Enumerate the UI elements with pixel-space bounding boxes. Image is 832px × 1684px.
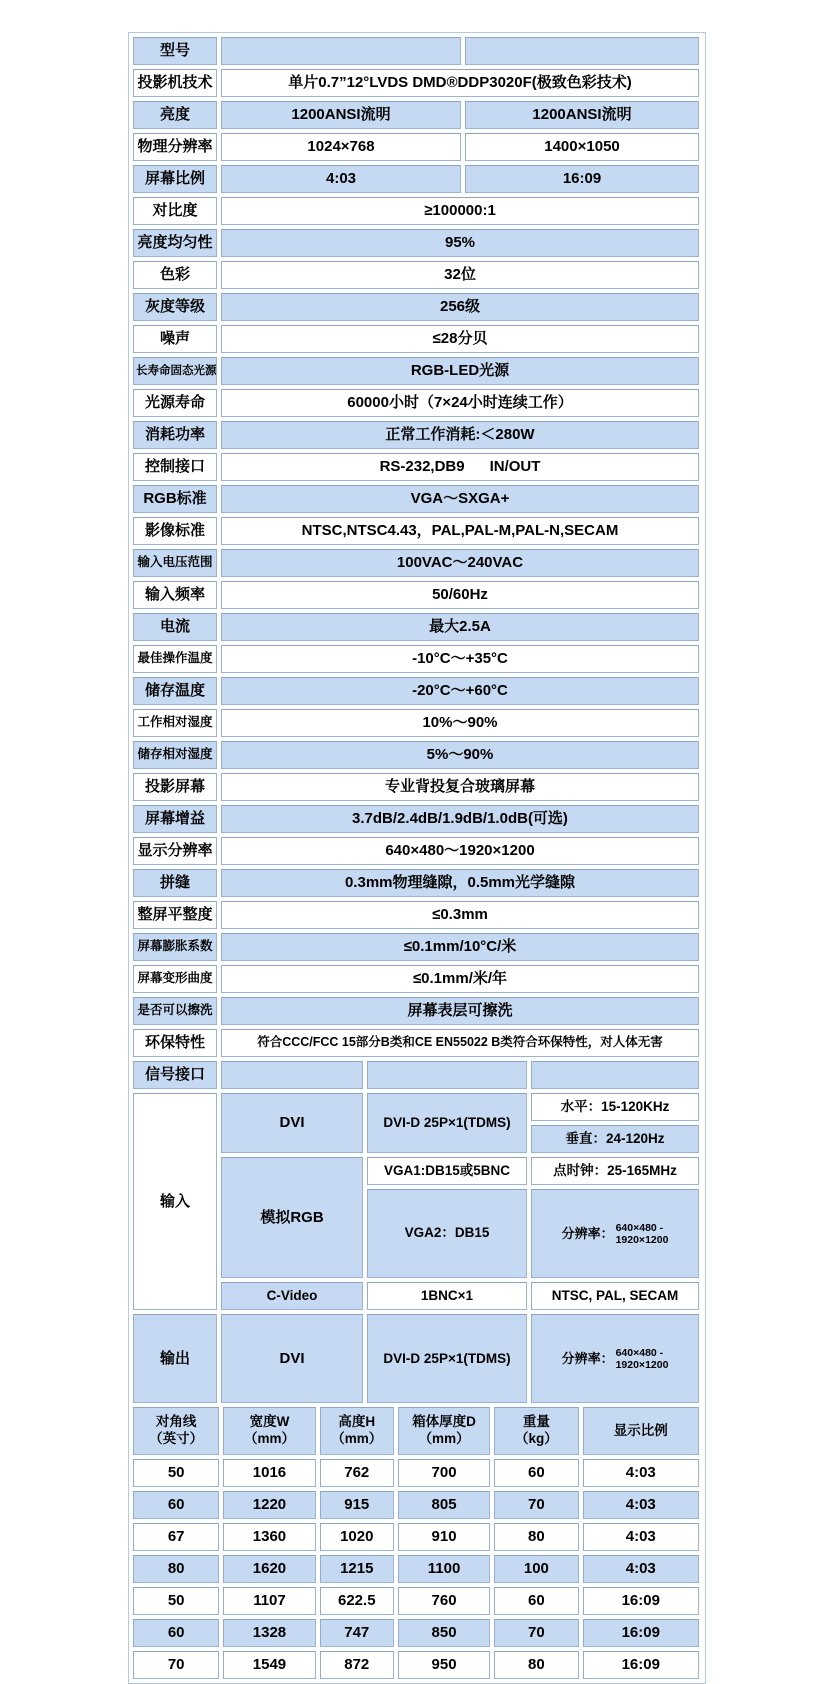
table-row: VGA2：DB15 分辨率： 640×480 -1920×1200 (133, 1189, 699, 1278)
spec-value: 1024×768 (221, 133, 461, 161)
dimension-cell: 1107 (223, 1587, 315, 1615)
dimension-cell: 1016 (223, 1459, 315, 1487)
dimension-cell: 60 (494, 1459, 578, 1487)
spec-label: 屏幕增益 (133, 805, 217, 833)
table-row: 环保特性符合CCC/FCC 15部分B类和CE EN55022 B类符合环保特性… (133, 1029, 699, 1057)
spec-label: 输入频率 (133, 581, 217, 609)
signal-table: 信号接口 输入 DVI DVI-D 25P×1(TDMS) 水平：15-120K… (129, 1057, 703, 1407)
table-row: 601220915805704:03 (133, 1491, 699, 1519)
resolution-line2: 1920×1200 (616, 1234, 669, 1246)
spec-value: 4:03 (221, 165, 461, 193)
dimension-cell: 80 (133, 1555, 219, 1583)
page: { "colors": { "cell_blue": "#c5daf2", "c… (0, 0, 832, 1510)
dimension-cell: 16:09 (583, 1619, 699, 1647)
dimension-cell: 1020 (320, 1523, 394, 1551)
spec-value: 符合CCC/FCC 15部分B类和CE EN55022 B类符合环保特性，对人体… (221, 1029, 699, 1057)
table-row: 投影机技术单片0.7”12°LVDS DMD®DDP3020F(极致色彩技术) (133, 69, 699, 97)
spec-label: 投影机技术 (133, 69, 217, 97)
spec-label: 对比度 (133, 197, 217, 225)
dimension-cell: 50 (133, 1587, 219, 1615)
spec-label: 拼缝 (133, 869, 217, 897)
empty-cell (367, 1061, 527, 1089)
dimension-cell: 16:09 (583, 1587, 699, 1615)
table-row: 工作相对湿度10%～90% (133, 709, 699, 737)
spec-label: 输入电压范围 (133, 549, 217, 577)
dimension-cell: 915 (320, 1491, 394, 1519)
dimension-cell: 760 (398, 1587, 490, 1615)
spec-label: 影像标准 (133, 517, 217, 545)
table-header-row: 对角线（英寸）宽度W（mm）高度H（mm）箱体厚度D（mm）重量（kg）显示比例 (133, 1407, 699, 1455)
signal-section-label: 信号接口 (133, 1061, 217, 1089)
table-row: 501107622.57606016:09 (133, 1587, 699, 1615)
spec-value: -10°C～+35°C (221, 645, 699, 673)
spec-label: 色彩 (133, 261, 217, 289)
input-cvideo-connector: 1BNC×1 (367, 1282, 527, 1310)
table-row: 是否可以擦洗屏幕表层可擦洗 (133, 997, 699, 1025)
table-row: 801620121511001004:03 (133, 1555, 699, 1583)
spec-value: ≥100000:1 (221, 197, 699, 225)
spec-value: 60000小时（7×24小时连续工作） (221, 389, 699, 417)
dimension-cell: 762 (320, 1459, 394, 1487)
spec-label: 屏幕比例 (133, 165, 217, 193)
dimension-cell: 70 (494, 1619, 578, 1647)
dimension-cell: 805 (398, 1491, 490, 1519)
spec-value (221, 37, 461, 65)
spec-label: 亮度均匀性 (133, 229, 217, 257)
output-section-label: 输出 (133, 1314, 217, 1403)
spec-label: RGB标准 (133, 485, 217, 513)
dimension-column-header: 高度H（mm） (320, 1407, 394, 1455)
input-dvi-vertical: 垂直：24-120Hz (531, 1125, 699, 1153)
spec-value: 0.3mm物理缝隙，0.5mm光学缝隙 (221, 869, 699, 897)
table-row: 501016762700604:03 (133, 1459, 699, 1487)
table-row: 储存相对湿度5%～90% (133, 741, 699, 769)
spec-label: 噪声 (133, 325, 217, 353)
dimension-cell: 60 (494, 1587, 578, 1615)
spec-value: 正常工作消耗:＜280W (221, 421, 699, 449)
spec-value: 50/60Hz (221, 581, 699, 609)
dimension-cell: 16:09 (583, 1651, 699, 1679)
spec-value: VGA～SXGA+ (221, 485, 699, 513)
spec-value: 95% (221, 229, 699, 257)
header-line1: 高度H (338, 1414, 375, 1429)
input-rgb-resolution: 分辨率： 640×480 -1920×1200 (531, 1189, 699, 1278)
dimension-cell: 1100 (398, 1555, 490, 1583)
spec-value: 1400×1050 (465, 133, 699, 161)
dimension-cell: 70 (494, 1491, 578, 1519)
spec-value: ≤0.1mm/10°C/米 (221, 933, 699, 961)
output-dvi-connector: DVI-D 25P×1(TDMS) (367, 1314, 527, 1403)
table-row: 输入频率50/60Hz (133, 581, 699, 609)
input-section-label: 输入 (133, 1093, 217, 1310)
spec-label: 最佳操作温度 (133, 645, 217, 673)
table-row: 消耗功率正常工作消耗:＜280W (133, 421, 699, 449)
table-row: 模拟RGB VGA1:DB15或5BNC 点时钟：25-165MHz (133, 1157, 699, 1185)
input-dvi-label: DVI (221, 1093, 363, 1153)
output-dvi-label: DVI (221, 1314, 363, 1403)
spec-value: 16:09 (465, 165, 699, 193)
spec-value: RS-232,DB9 IN/OUT (221, 453, 699, 481)
dimension-column-header: 对角线（英寸） (133, 1407, 219, 1455)
input-dvi-connector: DVI-D 25P×1(TDMS) (367, 1093, 527, 1153)
spec-value: 单片0.7”12°LVDS DMD®DDP3020F(极致色彩技术) (221, 69, 699, 97)
spec-value: ≤0.3mm (221, 901, 699, 929)
dimension-column-header: 箱体厚度D（mm） (398, 1407, 490, 1455)
spec-sheet: 型号投影机技术单片0.7”12°LVDS DMD®DDP3020F(极致色彩技术… (128, 32, 706, 1684)
table-row: 控制接口RS-232,DB9 IN/OUT (133, 453, 699, 481)
table-row: 显示分辨率640×480～1920×1200 (133, 837, 699, 865)
resolution-line1: 640×480 - (616, 1347, 664, 1359)
table-row: 亮度均匀性95% (133, 229, 699, 257)
table-row: 电流最大2.5A (133, 613, 699, 641)
spec-label: 显示分辨率 (133, 837, 217, 865)
spec-value: NTSC,NTSC4.43，PAL,PAL-M,PAL-N,SECAM (221, 517, 699, 545)
table-row: 输入电压范围100VAC～240VAC (133, 549, 699, 577)
table-row: 屏幕膨胀系数≤0.1mm/10°C/米 (133, 933, 699, 961)
header-line1: 箱体厚度D (412, 1414, 476, 1429)
table-row: 长寿命固态光源RGB-LED光源 (133, 357, 699, 385)
table-row: 输入 DVI DVI-D 25P×1(TDMS) 水平：15-120KHz (133, 1093, 699, 1121)
dimension-cell: 80 (494, 1523, 578, 1551)
dimension-cell: 4:03 (583, 1523, 699, 1551)
spec-value: 640×480～1920×1200 (221, 837, 699, 865)
table-row: 输出 DVI DVI-D 25P×1(TDMS) 分辨率： 640×480 -1… (133, 1314, 699, 1403)
spec-label: 长寿命固态光源 (133, 357, 217, 385)
spec-value: ≤28分贝 (221, 325, 699, 353)
table-row: 7015498729508016:09 (133, 1651, 699, 1679)
dimension-cell: 60 (133, 1619, 219, 1647)
spec-value: RGB-LED光源 (221, 357, 699, 385)
spec-label: 工作相对湿度 (133, 709, 217, 737)
spec-value: 100VAC～240VAC (221, 549, 699, 577)
dimension-table: 对角线（英寸）宽度W（mm）高度H（mm）箱体厚度D（mm）重量（kg）显示比例… (129, 1403, 703, 1683)
dimension-cell: 1549 (223, 1651, 315, 1679)
spec-label: 投影屏幕 (133, 773, 217, 801)
spec-label: 型号 (133, 37, 217, 65)
table-row: RGB标准VGA～SXGA+ (133, 485, 699, 513)
resolution-range: 640×480 -1920×1200 (616, 1347, 669, 1371)
table-row: 屏幕增益3.7dB/2.4dB/1.9dB/1.0dB(可选) (133, 805, 699, 833)
table-row: 6713601020910804:03 (133, 1523, 699, 1551)
header-line1: 宽度W (250, 1414, 290, 1429)
dimension-column-header: 宽度W（mm） (223, 1407, 315, 1455)
spec-value: 1200ANSI流明 (221, 101, 461, 129)
spec-label: 整屏平整度 (133, 901, 217, 929)
table-row: 信号接口 (133, 1061, 699, 1089)
empty-cell (531, 1061, 699, 1089)
spec-label: 光源寿命 (133, 389, 217, 417)
dimension-cell: 4:03 (583, 1491, 699, 1519)
dimension-cell: 950 (398, 1651, 490, 1679)
dimension-cell: 1215 (320, 1555, 394, 1583)
spec-value: 256级 (221, 293, 699, 321)
table-row: 屏幕比例4:0316:09 (133, 165, 699, 193)
dimension-cell: 1360 (223, 1523, 315, 1551)
table-row: 6013287478507016:09 (133, 1619, 699, 1647)
dimension-cell: 872 (320, 1651, 394, 1679)
spec-label: 屏幕膨胀系数 (133, 933, 217, 961)
dimension-cell: 910 (398, 1523, 490, 1551)
header-line1: 显示比例 (614, 1423, 668, 1438)
output-resolution: 分辨率： 640×480 -1920×1200 (531, 1314, 699, 1403)
table-row: 投影屏幕专业背投复合玻璃屏幕 (133, 773, 699, 801)
spec-label: 亮度 (133, 101, 217, 129)
table-row: 储存温度-20°C～+60°C (133, 677, 699, 705)
spec-value: -20°C～+60°C (221, 677, 699, 705)
resolution-line2: 1920×1200 (616, 1359, 669, 1371)
main-spec-table: 型号投影机技术单片0.7”12°LVDS DMD®DDP3020F(极致色彩技术… (129, 33, 703, 1061)
resolution-label: 分辨率： (562, 1352, 614, 1366)
table-row: C-Video 1BNC×1 NTSC, PAL, SECAM (133, 1282, 699, 1310)
dimension-column-header: 显示比例 (583, 1407, 699, 1455)
input-rgb-vga1: VGA1:DB15或5BNC (367, 1157, 527, 1185)
spec-value: 屏幕表层可擦洗 (221, 997, 699, 1025)
header-line2: （英寸） (149, 1431, 203, 1446)
spec-value (465, 37, 699, 65)
spec-value: 32位 (221, 261, 699, 289)
spec-label: 环保特性 (133, 1029, 217, 1057)
spec-value: 专业背投复合玻璃屏幕 (221, 773, 699, 801)
spec-value: 10%～90% (221, 709, 699, 737)
input-rgb-label: 模拟RGB (221, 1157, 363, 1278)
table-row: 拼缝0.3mm物理缝隙，0.5mm光学缝隙 (133, 869, 699, 897)
spec-label: 是否可以擦洗 (133, 997, 217, 1025)
input-cvideo-label: C-Video (221, 1282, 363, 1310)
dimension-cell: 80 (494, 1651, 578, 1679)
dimension-cell: 100 (494, 1555, 578, 1583)
spec-value: ≤0.1mm/米/年 (221, 965, 699, 993)
input-rgb-vga2: VGA2：DB15 (367, 1189, 527, 1278)
table-row: 物理分辨率1024×7681400×1050 (133, 133, 699, 161)
spec-label: 灰度等级 (133, 293, 217, 321)
spec-label: 控制接口 (133, 453, 217, 481)
header-line2: （mm） (244, 1431, 295, 1446)
dimension-cell: 1328 (223, 1619, 315, 1647)
dimension-cell: 850 (398, 1619, 490, 1647)
dimension-cell: 4:03 (583, 1459, 699, 1487)
header-line2: （mm） (419, 1431, 470, 1446)
table-row: 对比度≥100000:1 (133, 197, 699, 225)
spec-value: 最大2.5A (221, 613, 699, 641)
header-line1: 对角线 (156, 1414, 197, 1429)
dimension-cell: 50 (133, 1459, 219, 1487)
table-row: 整屏平整度≤0.3mm (133, 901, 699, 929)
resolution-line1: 640×480 - (616, 1222, 664, 1234)
dimension-cell: 67 (133, 1523, 219, 1551)
table-row: 亮度1200ANSI流明1200ANSI流明 (133, 101, 699, 129)
resolution-label: 分辨率： (562, 1227, 614, 1241)
empty-cell (221, 1061, 363, 1089)
dimension-cell: 747 (320, 1619, 394, 1647)
table-row: 灰度等级256级 (133, 293, 699, 321)
spec-label: 消耗功率 (133, 421, 217, 449)
table-row: 影像标准NTSC,NTSC4.43，PAL,PAL-M,PAL-N,SECAM (133, 517, 699, 545)
spec-label: 屏幕变形曲度 (133, 965, 217, 993)
dimension-cell: 1220 (223, 1491, 315, 1519)
table-row: 屏幕变形曲度≤0.1mm/米/年 (133, 965, 699, 993)
spec-value: 5%～90% (221, 741, 699, 769)
dimension-cell: 60 (133, 1491, 219, 1519)
spec-value: 1200ANSI流明 (465, 101, 699, 129)
dimension-cell: 1620 (223, 1555, 315, 1583)
table-row: 噪声≤28分贝 (133, 325, 699, 353)
spec-label: 储存相对湿度 (133, 741, 217, 769)
header-line2: （kg） (515, 1431, 558, 1446)
table-row: 型号 (133, 37, 699, 65)
dimension-cell: 622.5 (320, 1587, 394, 1615)
spec-label: 电流 (133, 613, 217, 641)
header-line2: （mm） (331, 1431, 382, 1446)
input-dvi-horizontal: 水平：15-120KHz (531, 1093, 699, 1121)
dimension-cell: 70 (133, 1651, 219, 1679)
dimension-cell: 4:03 (583, 1555, 699, 1583)
input-rgb-clock: 点时钟：25-165MHz (531, 1157, 699, 1185)
dimension-cell: 700 (398, 1459, 490, 1487)
input-cvideo-standards: NTSC, PAL, SECAM (531, 1282, 699, 1310)
dimension-column-header: 重量（kg） (494, 1407, 578, 1455)
resolution-range: 640×480 -1920×1200 (616, 1222, 669, 1246)
spec-label: 储存温度 (133, 677, 217, 705)
header-line1: 重量 (523, 1414, 550, 1429)
spec-label: 物理分辨率 (133, 133, 217, 161)
table-row: 光源寿命60000小时（7×24小时连续工作） (133, 389, 699, 417)
table-row: 色彩32位 (133, 261, 699, 289)
spec-value: 3.7dB/2.4dB/1.9dB/1.0dB(可选) (221, 805, 699, 833)
table-row: 最佳操作温度-10°C～+35°C (133, 645, 699, 673)
